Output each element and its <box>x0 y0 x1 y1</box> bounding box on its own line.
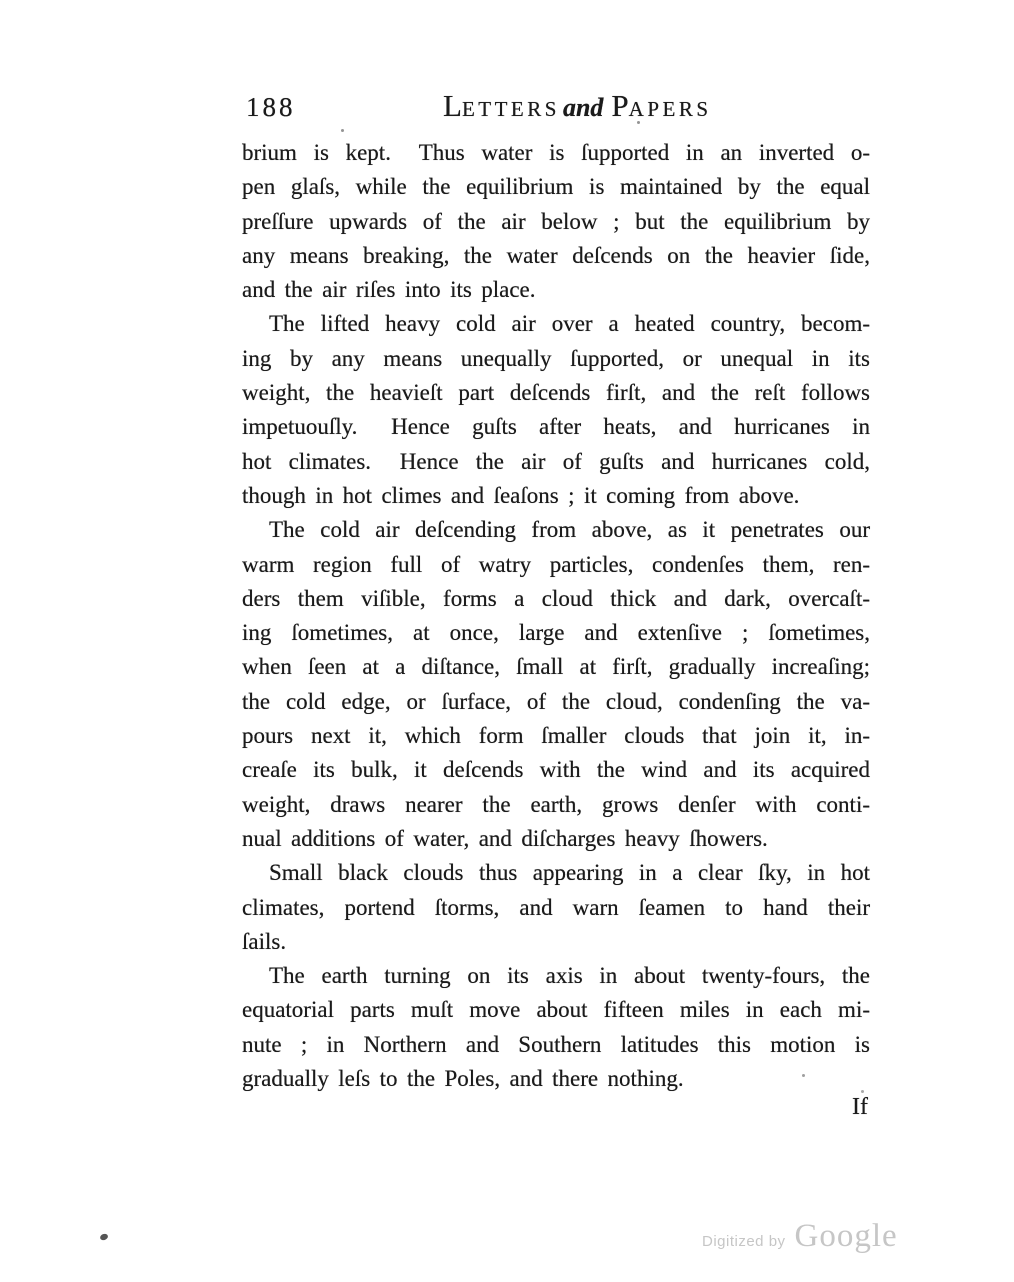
text-line: weight, draws nearer the earth, grows de… <box>242 788 870 822</box>
text-line: pours next it, which form ſmaller clouds… <box>242 719 870 753</box>
page-text: brium is kept. Thus water is ſupported i… <box>242 136 870 1096</box>
text-line: The lifted heavy cold air over a heated … <box>242 307 870 341</box>
text-line: any means breaking, the water deſcends o… <box>242 239 870 273</box>
text-line: the cold edge, or ſurface, of the cloud,… <box>242 685 870 719</box>
title-word1-rest: ETTERS <box>462 97 560 121</box>
text-line: equatorial parts muſt move about fifteen… <box>242 993 870 1027</box>
text-line: impetuouſly. Hence guſts after heats, an… <box>242 410 870 444</box>
ink-speck <box>99 1233 109 1241</box>
title-conjunction: and <box>563 93 603 122</box>
text-line: creaſe its bulk, it deſcends with the wi… <box>242 753 870 787</box>
title-word2-initial: P <box>611 88 628 123</box>
text-line: Small black clouds thus appearing in a c… <box>242 856 870 890</box>
google-watermark: Digitized by Google <box>702 1218 898 1255</box>
text-line: The earth turning on its axis in about t… <box>242 959 870 993</box>
text-line: ing ſometimes, at once, large and extenſ… <box>242 616 870 650</box>
ink-speck <box>341 129 344 132</box>
text-line: nute ; in Northern and Southern latitude… <box>242 1028 870 1062</box>
google-logo: Google <box>795 1218 898 1255</box>
text-line: gradually leſs to the Poles, and there n… <box>242 1062 870 1096</box>
text-line: nual additions of water, and diſcharges … <box>242 822 870 856</box>
text-line: brium is kept. Thus water is ſupported i… <box>242 136 870 170</box>
ink-speck <box>637 121 640 124</box>
text-line: pen glaſs, while the equilibrium is main… <box>242 170 870 204</box>
text-line: ſails. <box>242 925 870 959</box>
text-line: and the air riſes into its place. <box>242 273 870 307</box>
page-number: 188 <box>246 92 296 123</box>
text-line: though in hot climes and ſeaſons ; it co… <box>242 479 870 513</box>
title-word2-rest: APERS <box>629 97 712 121</box>
running-title: LETTERSandPAPERS <box>443 88 712 124</box>
title-word1-initial: L <box>443 88 462 123</box>
text-line: weight, the heavieſt part deſcends firſt… <box>242 376 870 410</box>
ink-speck <box>802 1074 805 1077</box>
text-line: ing by any means unequally ſupported, or… <box>242 342 870 376</box>
text-line: ders them viſible, forms a cloud thick a… <box>242 582 870 616</box>
book-page: 188 LETTERSandPAPERS brium is kept. Thus… <box>0 0 1014 1282</box>
page-header: 188 LETTERSandPAPERS <box>0 88 1014 132</box>
ink-speck <box>861 1090 864 1093</box>
text-line: The cold air deſcending from above, as i… <box>242 513 870 547</box>
text-line: climates, portend ſtorms, and warn ſeame… <box>242 891 870 925</box>
text-line: preſſure upwards of the air below ; but … <box>242 205 870 239</box>
text-line: when ſeen at a diſtance, ſmall at firſt,… <box>242 650 870 684</box>
text-line: warm region full of watry particles, con… <box>242 548 870 582</box>
catchword: If <box>242 1094 868 1121</box>
watermark-prefix-text: Digitized by <box>702 1233 786 1250</box>
text-line: hot climates. Hence the air of guſts and… <box>242 445 870 479</box>
